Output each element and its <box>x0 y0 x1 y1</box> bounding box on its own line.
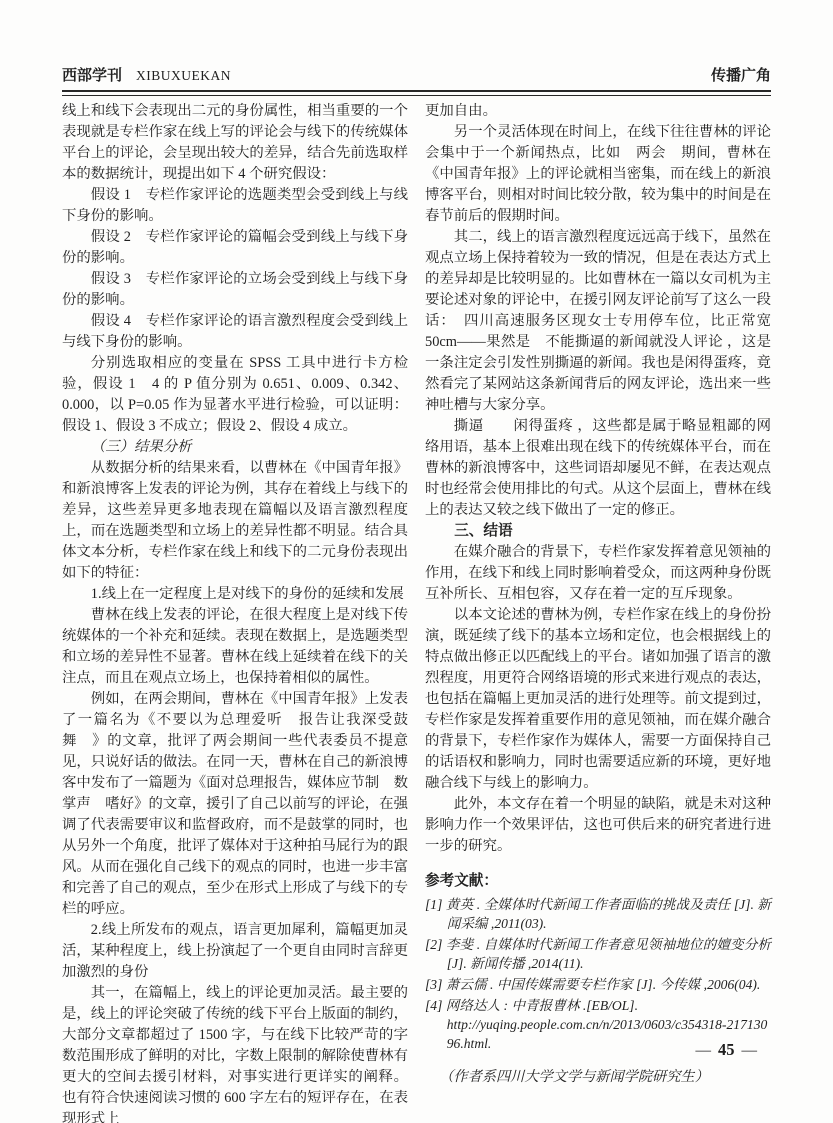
hypothesis-1: 假设 1 专栏作家评论的选题类型会受到线上与线下身份的影响。 <box>62 185 408 227</box>
reference-item: [3] 萧云儒 . 中国传媒需要专栏作家 [J]. 今传媒 ,2006(04). <box>425 975 771 994</box>
paragraph: 例如，在两会期间，曹林在《中国青年报》上发表了一篇名为《不要以为总理爱听 报告让… <box>62 689 408 920</box>
journal-title-en: XIBUXUEKAN <box>136 68 231 83</box>
paragraph: 撕逼 闲得蛋疼 ，这些都是属于略显粗鄙的网络用语，基本上很难出现在线下的传统媒体… <box>425 416 771 521</box>
article-body: 线上和线下会表现出二元的身份属性，相当重要的一个表现就是专栏作家在线上写的评论会… <box>62 101 771 1123</box>
left-column: 线上和线下会表现出二元的身份属性，相当重要的一个表现就是专栏作家在线上写的评论会… <box>62 101 408 1123</box>
hypothesis-2: 假设 2 专栏作家评论的篇幅会受到线上与线下身份的影响。 <box>62 227 408 269</box>
section-heading-results: （三）结果分析 <box>62 437 408 458</box>
paragraph: 从数据分析的结果来看，以曹林在《中国青年报》和新浪博客上发表的评论为例，其存在着… <box>62 458 408 584</box>
reference-item: [1] 黄英 . 全媒体时代新闻工作者面临的挑战及责任 [J]. 新闻采编 ,2… <box>425 895 771 933</box>
header-row: 西部学刊 XIBUXUEKAN 传播广角 <box>62 64 771 85</box>
journal-page: 西部学刊 XIBUXUEKAN 传播广角 线上和线下会表现出二元的身份属性，相当… <box>0 0 833 1123</box>
paragraph: 在媒介融合的背景下，专栏作家发挥着意见领袖的作用，在线下和线上同时影响着受众，而… <box>425 542 771 605</box>
hypothesis-3: 假设 3 专栏作家评论的立场会受到线上与线下身份的影响。 <box>62 269 408 311</box>
page-number-dash-left: — <box>696 1042 712 1059</box>
paragraph: 线上和线下会表现出二元的身份属性，相当重要的一个表现就是专栏作家在线上写的评论会… <box>62 101 408 185</box>
paragraph: 另一个灵活体现在时间上，在线下往往曹林的评论会集中于一个新闻热点，比如 两会 期… <box>425 122 771 227</box>
references-title: 参考文献： <box>425 871 771 892</box>
page-number-dash-right: — <box>742 1042 758 1059</box>
section-label: 传播广角 <box>711 64 771 85</box>
references-section: 参考文献： [1] 黄英 . 全媒体时代新闻工作者面临的挑战及责任 [J]. 新… <box>425 871 771 1053</box>
subheading-1: 1.线上在一定程度上是对线下的身份的延续和发展 <box>62 584 408 605</box>
author-note: （作者系四川大学文学与新闻学院研究生） <box>425 1067 771 1088</box>
right-column: 更加自由。 另一个灵活体现在时间上，在线下往往曹林的评论会集中于一个新闻热点，比… <box>425 101 771 1123</box>
page-number: —45— <box>696 1040 758 1060</box>
header-rule <box>62 90 771 96</box>
paragraph: 其一，在篇幅上，线上的评论更加灵活。最主要的是，线上的评论突破了传统的线下平台上… <box>62 983 408 1123</box>
paragraph: 此外，本文存在着一个明显的缺陷，就是未对这种影响力作一个效果评估，这也可供后来的… <box>425 794 771 857</box>
paragraph: 分别选取相应的变量在 SPSS 工具中进行卡方检验，假设 1 4 的 P 值分别… <box>62 353 408 437</box>
section-heading-conclusion: 三、结语 <box>425 521 771 542</box>
journal-title-group: 西部学刊 XIBUXUEKAN <box>62 64 231 85</box>
page-number-value: 45 <box>718 1040 735 1059</box>
paragraph: 以本文论述的曹林为例，专栏作家在线上的身份扮演，既延续了线下的基本立场和定位，也… <box>425 605 771 794</box>
reference-item: [2] 李斐 . 自媒体时代新闻工作者意见领袖地位的嬗变分析 [J]. 新闻传播… <box>425 935 771 973</box>
journal-title-cn: 西部学刊 <box>62 67 122 84</box>
subheading-2: 2.线上所发布的观点，语言更加犀利，篇幅更加灵活，某种程度上，线上扮演起了一个更… <box>62 920 408 983</box>
page-header: 西部学刊 XIBUXUEKAN 传播广角 <box>62 64 771 96</box>
paragraph: 曹林在线上发表的评论，在很大程度上是对线下传统媒体的一个补充和延续。表现在数据上… <box>62 605 408 689</box>
paragraph: 更加自由。 <box>425 101 771 122</box>
paragraph: 其二，线上的语言激烈程度远远高于线下，虽然在观点立场上保持着较为一致的情况，但是… <box>425 227 771 416</box>
hypothesis-4: 假设 4 专栏作家评论的语言激烈程度会受到线上与线下身份的影响。 <box>62 311 408 353</box>
